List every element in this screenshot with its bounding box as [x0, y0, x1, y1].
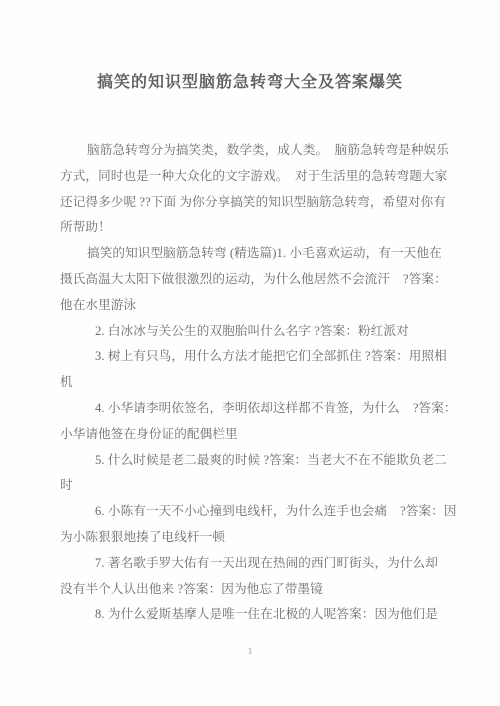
text-line: 4. 小华请李明依签名，李明依却这样都不肯签，为什么 ?答案： [60, 396, 444, 422]
text-line: 还记得多少呢 ??下面 为你分享搞笑的知识型脑筋急转弯，希望对你有 [60, 190, 444, 216]
text-line: 7. 著名歌手罗大佑有一天出现在热闹的西门町街头，为什么却 [60, 551, 444, 577]
text-line: 小华请他签在身份证的配偶栏里 [60, 422, 444, 448]
document-page: 搞笑的知识型脑筋急转弯大全及答案爆笑 脑筋急转弯分为搞笑类，数学类，成人类。 脑… [0, 0, 500, 706]
text-line: 他在水里游泳 [60, 293, 444, 319]
document-body: 脑筋急转弯分为搞笑类，数学类，成人类。 脑筋急转弯是种娱乐方式，同时也是一种大众… [60, 138, 444, 628]
text-line: 时 [60, 473, 444, 499]
text-line: 2. 白冰冰与关公生的双胞胎叫什么名字 ?答案：粉红派对 [60, 319, 444, 345]
document-title: 搞笑的知识型脑筋急转弯大全及答案爆笑 [0, 73, 500, 93]
text-line: 方式，同时也是一种大众化的文字游戏。 对于生活里的急转弯题大家 [60, 164, 444, 190]
text-line: 5. 什么时候是老二最爽的时候 ?答案：当老大不在不能欺负老二 [60, 448, 444, 474]
text-line: 机 [60, 370, 444, 396]
text-line: 搞笑的知识型脑筋急转弯 (精选篇)1. 小毛喜欢运动，有一天他在 [60, 241, 444, 267]
text-line: 8. 为什么爱斯基摩人是唯一住在北极的人呢答案：因为他们是 [60, 602, 444, 628]
text-line: 脑筋急转弯分为搞笑类，数学类，成人类。 脑筋急转弯是种娱乐 [60, 138, 444, 164]
text-line: 摄氏高温大太阳下做很激烈的运动，为什么他居然不会流汗 ?答案： [60, 267, 444, 293]
text-line: 没有半个人认出他来 ?答案：因为他忘了带墨镜 [60, 577, 444, 603]
text-line: 6. 小陈有一天不小心撞到电线杆，为什么连手也会痛 ?答案：因 [60, 499, 444, 525]
text-line: 所帮助！ [60, 215, 444, 241]
text-line: 为小陈狠狠地揍了电线杆一顿 [60, 525, 444, 551]
text-line: 3. 树上有只鸟，用什么方法才能把它们全部抓住 ?答案：用照相 [60, 344, 444, 370]
page-number: 1 [0, 644, 500, 658]
